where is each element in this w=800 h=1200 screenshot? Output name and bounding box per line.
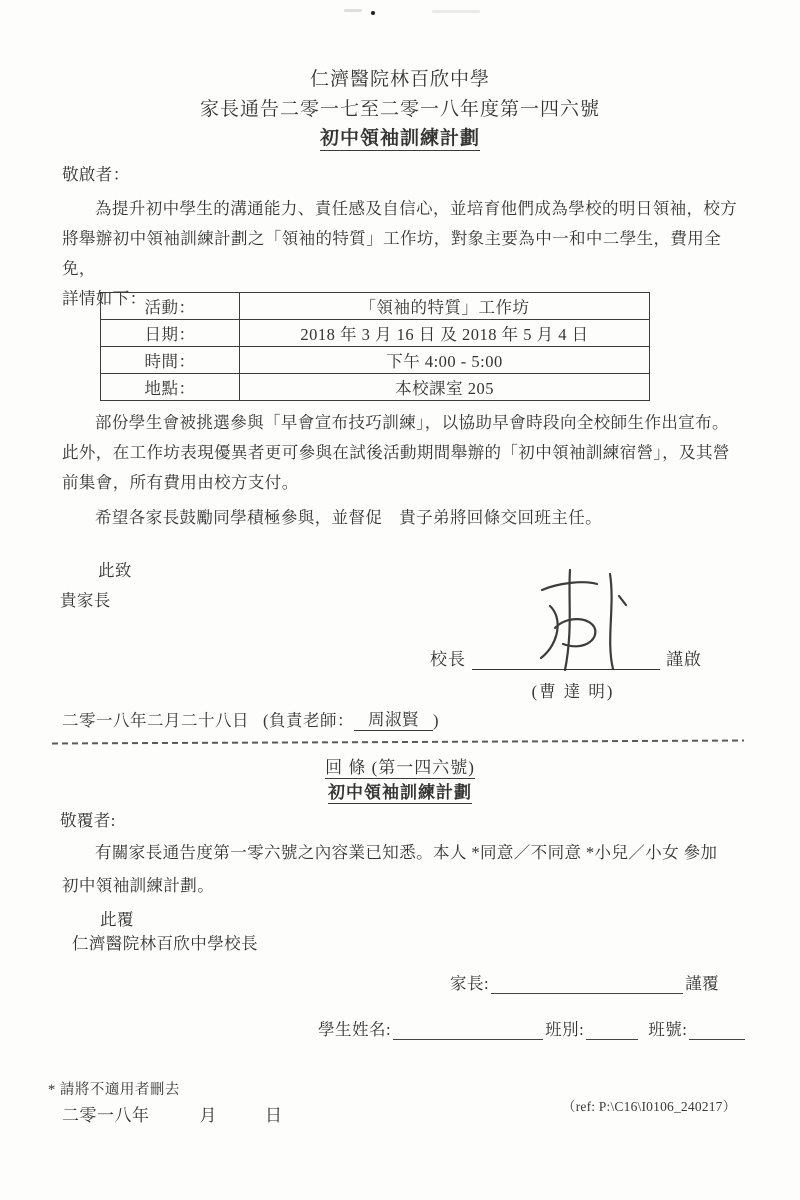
issue-date: 二零一八年二月二十八日 (62, 707, 249, 731)
parent-signature-blank (491, 975, 683, 994)
reply-heading-wrap: 回 條 (第一四六號) (0, 753, 800, 778)
paragraph-line: 部份學生會被挑選參與「早會宣布技巧訓練」，以協助早會時段向全校師生作出宣布。 (62, 408, 742, 438)
student-info-row: 學生姓名: 班別: 班號: (318, 1016, 745, 1040)
activity-value: 「領袖的特質」工作坊 (240, 293, 650, 320)
notice-title: 初中領袖訓練計劃 (320, 128, 480, 151)
dateline: 二零一八年二月二十八日 (負責老師： 周淑賢 ) (62, 706, 439, 731)
activity-label: 活動： (101, 293, 240, 320)
notice-number-line: 家長通告二零一七至二零一八年度第一四六號 (0, 94, 800, 121)
reply-body-line: 有關家長通告度第一零六號之內容業已知悉。本人 *同意／不同意 *小兒／小女 參加 (62, 836, 742, 869)
reply-year-label: 二零一八年 (62, 1101, 150, 1126)
reply-body: 有關家長通告度第一零六號之內容業已知悉。本人 *同意／不同意 *小兒／小女 參加… (62, 836, 742, 902)
reply-salutation: 敬覆者: (60, 806, 116, 836)
scanned-parent-notice: 仁濟醫院林百欣中學 家長通告二零一七至二零一八年度第一四六號 初中領袖訓練計劃 … (0, 0, 800, 1200)
reply-date-row: 二零一八年 月 日 (62, 1101, 283, 1126)
reply-day-label: 日 (265, 1101, 283, 1126)
class-blank (586, 1021, 638, 1040)
scan-smudge (344, 9, 362, 12)
student-name-label: 學生姓名: (318, 1016, 391, 1040)
parent-label: 家長: (450, 970, 489, 994)
date-value: 2018 年 3 月 16 日 及 2018 年 5 月 4 日 (240, 320, 650, 347)
paragraph-line: 為提升初中學生的溝通能力、責任感及自信心，並培育他們成為學校的明日領袖，校方 (62, 194, 742, 224)
reply-subheading: 初中領袖訓練計劃 (328, 783, 472, 804)
class-number-blank (689, 1021, 745, 1040)
reply-addressee: 仁濟醫院林百欣中學校長 (72, 929, 258, 959)
principal-signature-line (472, 649, 660, 670)
principal-name: (曹 達 明) (478, 678, 668, 702)
table-row-date: 日期： 2018 年 3 月 16 日 及 2018 年 5 月 4 日 (101, 320, 650, 347)
student-name-blank (393, 1021, 543, 1040)
time-label: 時間： (101, 347, 240, 374)
salutation: 敬啟者： (62, 160, 130, 190)
recipient: 貴家長 (60, 586, 111, 616)
venue-value: 本校課室 205 (240, 374, 650, 401)
venue-label: 地點： (101, 374, 240, 401)
principal-label: 校長 (430, 645, 466, 670)
table-row-time: 時間： 下午 4:00 - 5:00 (101, 347, 650, 374)
time-value: 下午 4:00 - 5:00 (240, 347, 650, 374)
details-table: 活動： 「領袖的特質」工作坊 日期： 2018 年 3 月 16 日 及 201… (100, 292, 650, 401)
delete-inapplicable-note: * 請將不適用者刪去 (48, 1078, 180, 1099)
reply-month-label: 月 (200, 1101, 218, 1126)
paragraph-line: 將舉辦初中領袖訓練計劃之「領袖的特質」工作坊，對象主要為中一和中二學生，費用全免… (62, 224, 742, 284)
reply-heading: 回 條 (第一四六號) (325, 758, 475, 779)
teacher-suffix: ) (433, 711, 439, 731)
reply-body-line: 初中領袖訓練計劃。 (62, 869, 742, 902)
paragraph-line: 前集會，所有費用由校方支付。 (62, 468, 742, 498)
school-name: 仁濟醫院林百欣中學 (0, 64, 800, 91)
teacher-prefix: (負責老師： (263, 707, 354, 731)
class-number-label: 班號: (648, 1016, 687, 1040)
notice-title-wrap: 初中領袖訓練計劃 (0, 123, 800, 150)
respectfully-label: 謹啟 (666, 645, 702, 670)
paragraph-2: 部份學生會被挑選參與「早會宣布技巧訓練」，以協助早會時段向全校師生作出宣布。 此… (62, 408, 742, 498)
cizhi: 此致 (98, 556, 132, 586)
scan-speck (371, 11, 375, 15)
cut-line-divider (52, 739, 744, 744)
paragraph-line: 此外，在工作坊表現優異者更可參與在試後活動期間舉辦的「初中領袖訓練宿營」，及其營 (62, 438, 742, 468)
signature-row: 校長 謹啟 (430, 645, 702, 670)
file-reference: （ref: P:\C16\I0106_240217） (562, 1095, 736, 1115)
teacher-name: 周淑賢 (354, 706, 433, 731)
table-row-activity: 活動： 「領袖的特質」工作坊 (101, 293, 650, 320)
class-label: 班別: (545, 1016, 584, 1040)
scan-smudge (432, 10, 480, 13)
parent-respect-label: 謹覆 (685, 970, 719, 994)
table-row-venue: 地點： 本校課室 205 (101, 374, 650, 401)
reply-subheading-wrap: 初中領袖訓練計劃 (0, 778, 800, 803)
date-label: 日期： (101, 320, 240, 347)
paragraph-3: 希望各家長鼓勵同學積極參與，並督促 貴子弟將回條交回班主任。 (62, 503, 742, 533)
parent-signature-row: 家長: 謹覆 (450, 970, 719, 994)
